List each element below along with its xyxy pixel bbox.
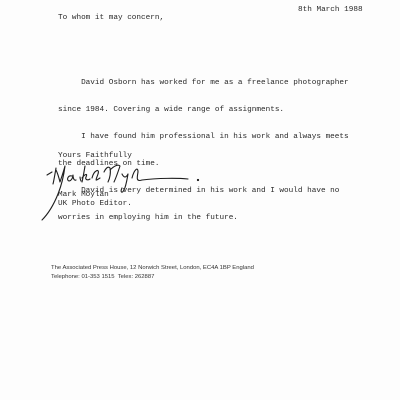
body-line: David Osborn has worked for me as a free… xyxy=(58,79,349,88)
signatory-title: UK Photo Editor. xyxy=(58,200,132,209)
body-line: since 1984. Covering a wide range of ass… xyxy=(58,106,349,115)
letter-date: 8th March 1988 xyxy=(298,6,363,15)
body-line: I have found him professional in his wor… xyxy=(58,133,349,142)
signatory-name: Mark Moylan xyxy=(58,191,109,200)
footer-address: The Associated Press House, 12 Norwich S… xyxy=(51,264,254,272)
letter-salutation: To whom it may concern, xyxy=(58,14,164,23)
letter-page: 8th March 1988 To whom it may concern, D… xyxy=(0,0,400,400)
footer-contact: Telephone: 01-353 1515 Telex: 262887 xyxy=(51,273,154,281)
